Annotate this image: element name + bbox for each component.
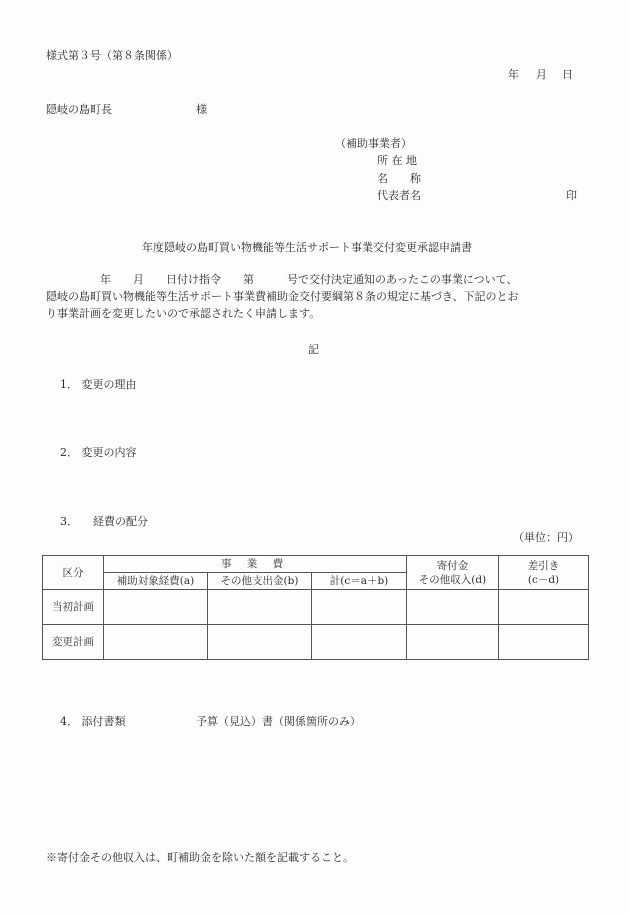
cell-e[interactable] — [499, 625, 589, 660]
section-1: 1． 変更の理由 — [60, 378, 137, 392]
section-2-number: 2． — [60, 446, 78, 459]
applicant-address-label: 所 在 地 — [377, 154, 417, 168]
header-subsidy-target: 補助対象経費(a) — [104, 573, 208, 590]
addressee-name: 隠岐の島町長 — [46, 103, 112, 117]
header-donation-line1: 寄付金 — [407, 559, 498, 573]
header-kubun: 区分 — [43, 556, 104, 590]
form-number: 様式第３号（第８条関係） — [46, 49, 178, 63]
row-label: 当初計画 — [43, 590, 104, 625]
cell-b[interactable] — [208, 625, 312, 660]
section-4: 4． 添付書類 — [60, 715, 126, 729]
section-2-label: 変更の内容 — [82, 446, 137, 459]
ki-marker: 記 — [308, 343, 319, 357]
header-other-expenses: その他支出金(b) — [208, 573, 312, 590]
cell-d[interactable] — [407, 590, 499, 625]
applicant-name-label: 名 称 — [377, 172, 421, 186]
table-row-initial: 当初計画 — [43, 590, 589, 625]
section-3: 3． 経費の配分 — [60, 515, 148, 529]
section-1-label: 変更の理由 — [82, 378, 137, 391]
cell-c[interactable] — [312, 590, 407, 625]
seal-mark: 印 — [566, 189, 577, 203]
cell-c[interactable] — [312, 625, 407, 660]
header-difference-line2: (c－d) — [499, 573, 588, 587]
section-1-number: 1． — [60, 378, 78, 391]
section-3-label: 経費の配分 — [93, 515, 148, 528]
body-line-1: 年 月 日付け指令 第 号で交付決定通知のあったこの事業について、 — [100, 272, 517, 288]
applicant-heading: （補助事業者） — [335, 137, 412, 151]
cell-a[interactable] — [104, 590, 208, 625]
header-jigyohi: 事 業 費 — [104, 556, 407, 573]
table-row-changed: 変更計画 — [43, 625, 589, 660]
date-month: 月 — [536, 68, 547, 82]
document-title: 年度隠岐の島町買い物機能等生活サポート事業交付変更承認申請書 — [142, 241, 472, 255]
cell-b[interactable] — [208, 590, 312, 625]
header-total: 計(c＝a＋b) — [312, 573, 407, 590]
header-donation: 寄付金 その他収入(d) — [407, 556, 499, 590]
date-year: 年 — [508, 68, 519, 82]
row-label: 変更計画 — [43, 625, 104, 660]
header-difference: 差引き (c－d) — [499, 556, 589, 590]
addressee-honorific: 様 — [196, 103, 207, 117]
body-line-3: り事業計画を変更したいので承認されたく申請します。 — [46, 306, 320, 322]
unit-note: （単位：円） — [513, 531, 579, 545]
header-difference-line1: 差引き — [499, 559, 588, 573]
applicant-representative-label: 代表者名 — [377, 189, 421, 203]
body-line-2: 隠岐の島町買い物機能等生活サポート事業費補助金交付要綱第８条の規定に基づき、下記… — [46, 289, 519, 305]
section-4-number: 4． — [60, 715, 78, 728]
section-4-value: 予算（見込）書（関係箇所のみ） — [196, 715, 361, 729]
section-4-label: 添付書類 — [82, 715, 126, 728]
expense-allocation-table: 区分 事 業 費 寄付金 その他収入(d) 差引き (c－d) 補助対象経費(a… — [42, 555, 589, 660]
cell-a[interactable] — [104, 625, 208, 660]
section-2: 2． 変更の内容 — [60, 446, 137, 460]
section-3-number: 3． — [60, 515, 78, 528]
date-day: 日 — [562, 68, 573, 82]
header-donation-line2: その他収入(d) — [407, 573, 498, 587]
footnote: ※寄付金その他収入は、町補助金を除いた額を記載すること。 — [46, 851, 354, 865]
cell-e[interactable] — [499, 590, 589, 625]
cell-d[interactable] — [407, 625, 499, 660]
